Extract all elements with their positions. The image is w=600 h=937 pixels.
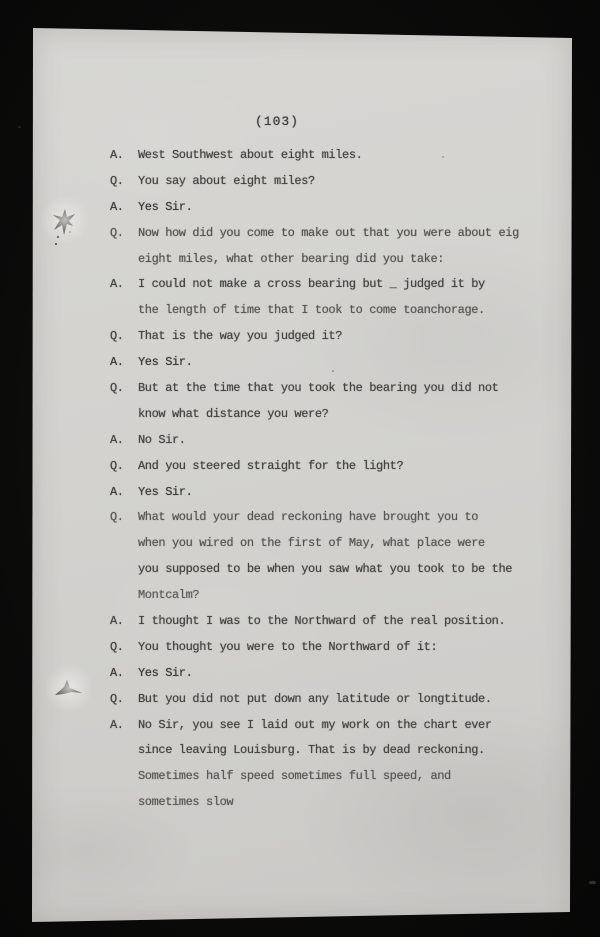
transcript-line: Q. You thought you were to the Northward… xyxy=(110,640,562,666)
qa-label: Q. xyxy=(110,692,138,706)
qa-text: No Sir. xyxy=(138,433,562,447)
qa-text: Yes Sir. xyxy=(138,200,562,214)
qa-text: Sometimes half speed sometimes full spee… xyxy=(138,769,562,783)
qa-text: I thought I was to the Northward of the … xyxy=(138,614,562,628)
qa-text: That is the way you judged it? xyxy=(138,329,562,343)
qa-text: I could not make a cross bearing but _ j… xyxy=(138,277,562,291)
transcript-line: Montcalm? xyxy=(110,588,562,614)
qa-label: Q. xyxy=(110,510,138,524)
transcript-line: A. No Sir, you see I laid out my work on… xyxy=(110,718,562,744)
qa-label: Q. xyxy=(110,226,138,240)
qa-text: What would your dead reckoning have brou… xyxy=(138,510,562,524)
qa-label: Q. xyxy=(110,459,138,473)
qa-text: Yes Sir. xyxy=(138,485,562,499)
qa-text: Yes Sir. xyxy=(138,355,562,369)
qa-label: A. xyxy=(110,277,138,291)
qa-text: you supposed to be when you saw what you… xyxy=(138,562,562,576)
transcript-line: Q. But you did not put down any latitude… xyxy=(110,692,562,718)
transcript-line: A. Yes Sir. xyxy=(110,485,562,511)
transcript-line: A. Yes Sir. xyxy=(110,666,562,692)
qa-text: West Southwest about eight miles. xyxy=(138,148,562,162)
transcript-line: A. West Southwest about eight miles. xyxy=(110,148,562,174)
qa-text: eight miles, what other bearing did you … xyxy=(138,252,562,266)
document-page: (103) A. West Southwest about eight mile… xyxy=(32,28,572,922)
ink-blot-lower-icon xyxy=(52,676,86,707)
paper-speck xyxy=(332,370,334,372)
transcript-line: eight miles, what other bearing did you … xyxy=(110,252,562,278)
qa-text: the length of time that I took to come t… xyxy=(138,303,562,317)
transcript-line: Sometimes half speed sometimes full spee… xyxy=(110,769,562,795)
transcript-line: sometimes slow xyxy=(110,795,562,821)
transcript-line: you supposed to be when you saw what you… xyxy=(110,562,562,588)
qa-label: A. xyxy=(110,718,138,732)
transcript-line: when you wired on the first of May, what… xyxy=(110,536,562,562)
qa-label: Q. xyxy=(110,174,138,188)
qa-text: know what distance you were? xyxy=(138,407,562,421)
qa-text: since leaving Louisburg. That is by dead… xyxy=(138,743,562,757)
transcript-line: A. I could not make a cross bearing but … xyxy=(110,277,562,303)
qa-label: Q. xyxy=(110,381,138,395)
transcript: A. West Southwest about eight miles. Q. … xyxy=(110,148,562,821)
ink-blot-halo xyxy=(42,662,96,714)
paper-speck xyxy=(442,156,444,158)
transcript-line: A. I thought I was to the Northward of t… xyxy=(110,614,562,640)
qa-text: You say about eight miles? xyxy=(138,174,562,188)
transcript-line: Q. What would your dead reckoning have b… xyxy=(110,510,562,536)
transcript-line: Q. But at the time that you took the bea… xyxy=(110,381,562,407)
transcript-line: since leaving Louisburg. That is by dead… xyxy=(110,743,562,769)
qa-label: A. xyxy=(110,200,138,214)
transcript-line: A. Yes Sir. xyxy=(110,200,562,226)
qa-label: A. xyxy=(110,355,138,369)
transcript-line: A. No Sir. xyxy=(110,433,562,459)
qa-text: But you did not put down any latitude or… xyxy=(138,692,562,706)
qa-label: A. xyxy=(110,485,138,499)
scan-border-mark xyxy=(18,126,21,128)
ink-blot-halo xyxy=(38,194,92,246)
qa-text: when you wired on the first of May, what… xyxy=(138,536,562,550)
transcript-line: know what distance you were? xyxy=(110,407,562,433)
qa-text: sometimes slow xyxy=(138,795,562,809)
qa-label: A. xyxy=(110,666,138,680)
page-number: (103) xyxy=(32,114,522,129)
qa-text: Yes Sir. xyxy=(138,666,562,680)
qa-label: A. xyxy=(110,433,138,447)
qa-text: No Sir, you see I laid out my work on th… xyxy=(138,718,562,732)
qa-label: A. xyxy=(110,148,138,162)
qa-text: You thought you were to the Northward of… xyxy=(138,640,562,654)
transcript-line: Q. And you steered straight for the ligh… xyxy=(110,459,562,485)
scan-background: (103) A. West Southwest about eight mile… xyxy=(0,0,600,937)
scan-border-mark xyxy=(589,881,596,884)
qa-text: But at the time that you took the bearin… xyxy=(138,381,562,395)
qa-text: Now how did you come to make out that yo… xyxy=(138,226,562,240)
transcript-line: the length of time that I took to come t… xyxy=(110,303,562,329)
transcript-line: Q. That is the way you judged it? xyxy=(110,329,562,355)
qa-label: A. xyxy=(110,614,138,628)
qa-label: Q. xyxy=(110,640,138,654)
transcript-line: Q. Now how did you come to make out that… xyxy=(110,226,562,252)
ink-blot-upper-icon xyxy=(50,206,82,247)
transcript-line: Q. You say about eight miles? xyxy=(110,174,562,200)
qa-text: And you steered straight for the light? xyxy=(138,459,562,473)
paper-speck xyxy=(55,243,57,245)
qa-text: Montcalm? xyxy=(138,588,562,602)
qa-label: Q. xyxy=(110,329,138,343)
transcript-line: A. Yes Sir. xyxy=(110,355,562,381)
